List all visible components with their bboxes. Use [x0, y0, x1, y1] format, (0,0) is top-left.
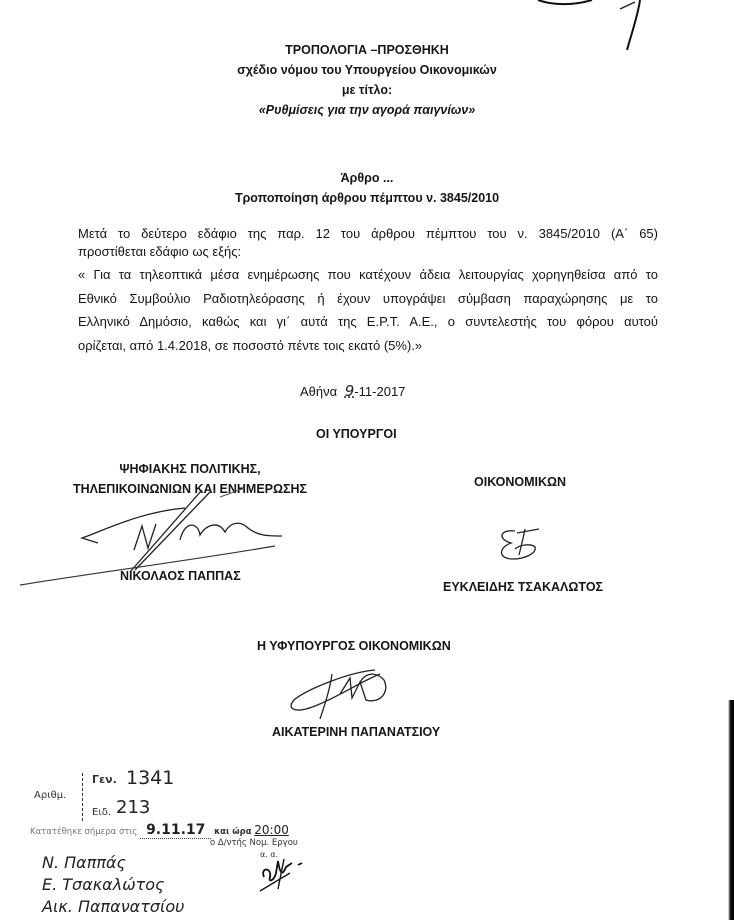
deposited-label: Κατατέθηκε σήμερα στις — [30, 827, 137, 837]
header-with-title: με τίτλο: — [200, 80, 534, 100]
article-title: Τροποποίηση άρθρου πέμπτου ν. 3845/2010 — [180, 188, 554, 208]
scan-edge — [728, 700, 734, 920]
top-signature-fragment — [530, 0, 650, 55]
date-place: Αθήνα — [300, 384, 337, 399]
header-title: ΤΡΟΠΟΛΟΓΙΑ –ΠΡΟΣΘΗΚΗ — [200, 40, 534, 60]
article-heading: Άρθρο ... Τροποποίηση άρθρου πέμπτου ν. … — [180, 168, 554, 208]
document-header: ΤΡΟΠΟΛΟΓΙΑ –ΠΡΟΣΘΗΚΗ σχέδιο νόμου του Υπ… — [200, 40, 534, 120]
arithm-label: Αριθμ. — [34, 790, 66, 801]
ministry-line: ΨΗΦΙΑΚΗΣ ΠΟΛΙΤΙΚΗΣ, — [60, 459, 320, 479]
body-line: « Για τα τηλεοπτικά μέσα ενημέρωσης που … — [78, 263, 658, 287]
handwritten-names: Ν. Παππάς Ε. Τσακαλώτος Αικ. Παπανατσίου — [42, 852, 184, 918]
deposited-date: 9.11.17 — [140, 822, 211, 839]
eid-label: Ειδ. — [92, 807, 111, 818]
time-value: 20:00 — [254, 823, 289, 837]
signatory-name: ΝΙΚΟΛΑΟΣ ΠΑΠΠΑΣ — [120, 566, 241, 586]
date-line: Αθήνα 9-11-2017 — [300, 382, 405, 400]
body-line: Ελληνικό Δημόσιο, καθώς και γι΄ αυτά της… — [78, 310, 658, 334]
signatory-name: ΑΙΚΑΤΕΡΙΝΗ ΠΑΠΑΝΑΤΣΙΟΥ — [272, 722, 440, 742]
handwritten-name: Ν. Παππάς — [42, 852, 184, 874]
article-body: Μετά το δεύτερο εδάφιο της παρ. 12 του ά… — [78, 222, 658, 357]
signatory-name: ΕΥΚΛΕΙΔΗΣ ΤΣΑΚΑΛΩΤΟΣ — [443, 577, 603, 597]
body-line: Εθνικό Συμβούλιο Ραδιοτηλεόρασης ή έχουν… — [78, 287, 658, 311]
signature-papanatsiou — [280, 664, 420, 724]
header-bill-name: «Ρυθμίσεις για την αγορά παιγνίων» — [200, 100, 534, 120]
gen-label: Γεν. — [92, 773, 117, 786]
ministers-heading: ΟΙ ΥΠΟΥΡΓΟΙ — [316, 424, 397, 444]
gen-number: 1341 — [126, 767, 174, 789]
signature-tsakalotos — [495, 525, 545, 565]
eid-number: 213 — [116, 797, 150, 818]
handwritten-name: Αικ. Παπανατσίου — [42, 896, 184, 918]
time-label: και ώρα — [214, 827, 251, 837]
registrar-signature — [258, 855, 308, 895]
director-label: ο Δ/ντής Νομ. Εργου — [210, 838, 298, 848]
stamp-bracket — [82, 773, 84, 821]
handwritten-name: Ε. Τσακαλώτος — [42, 874, 184, 896]
header-bill: σχέδιο νόμου του Υπουργείου Οικονομικών — [200, 60, 534, 80]
date-rest: -11-2017 — [354, 384, 405, 399]
ministry-finance: ΟΙΚΟΝΟΜΙΚΩΝ — [474, 472, 566, 492]
deputy-minister-heading: Η ΥΦΥΠΟΥΡΓΟΣ ΟΙΚΟΝΟΜΙΚΩΝ — [257, 636, 451, 656]
deposit-line: Κατατέθηκε σήμερα στις 9.11.17 και ώρα 2… — [30, 822, 289, 838]
body-line: ορίζεται, από 1.4.2018, σε ποσοστό πέντε… — [78, 334, 658, 358]
date-day-handwritten: 9 — [345, 382, 355, 400]
article-number: Άρθρο ... — [180, 168, 554, 188]
